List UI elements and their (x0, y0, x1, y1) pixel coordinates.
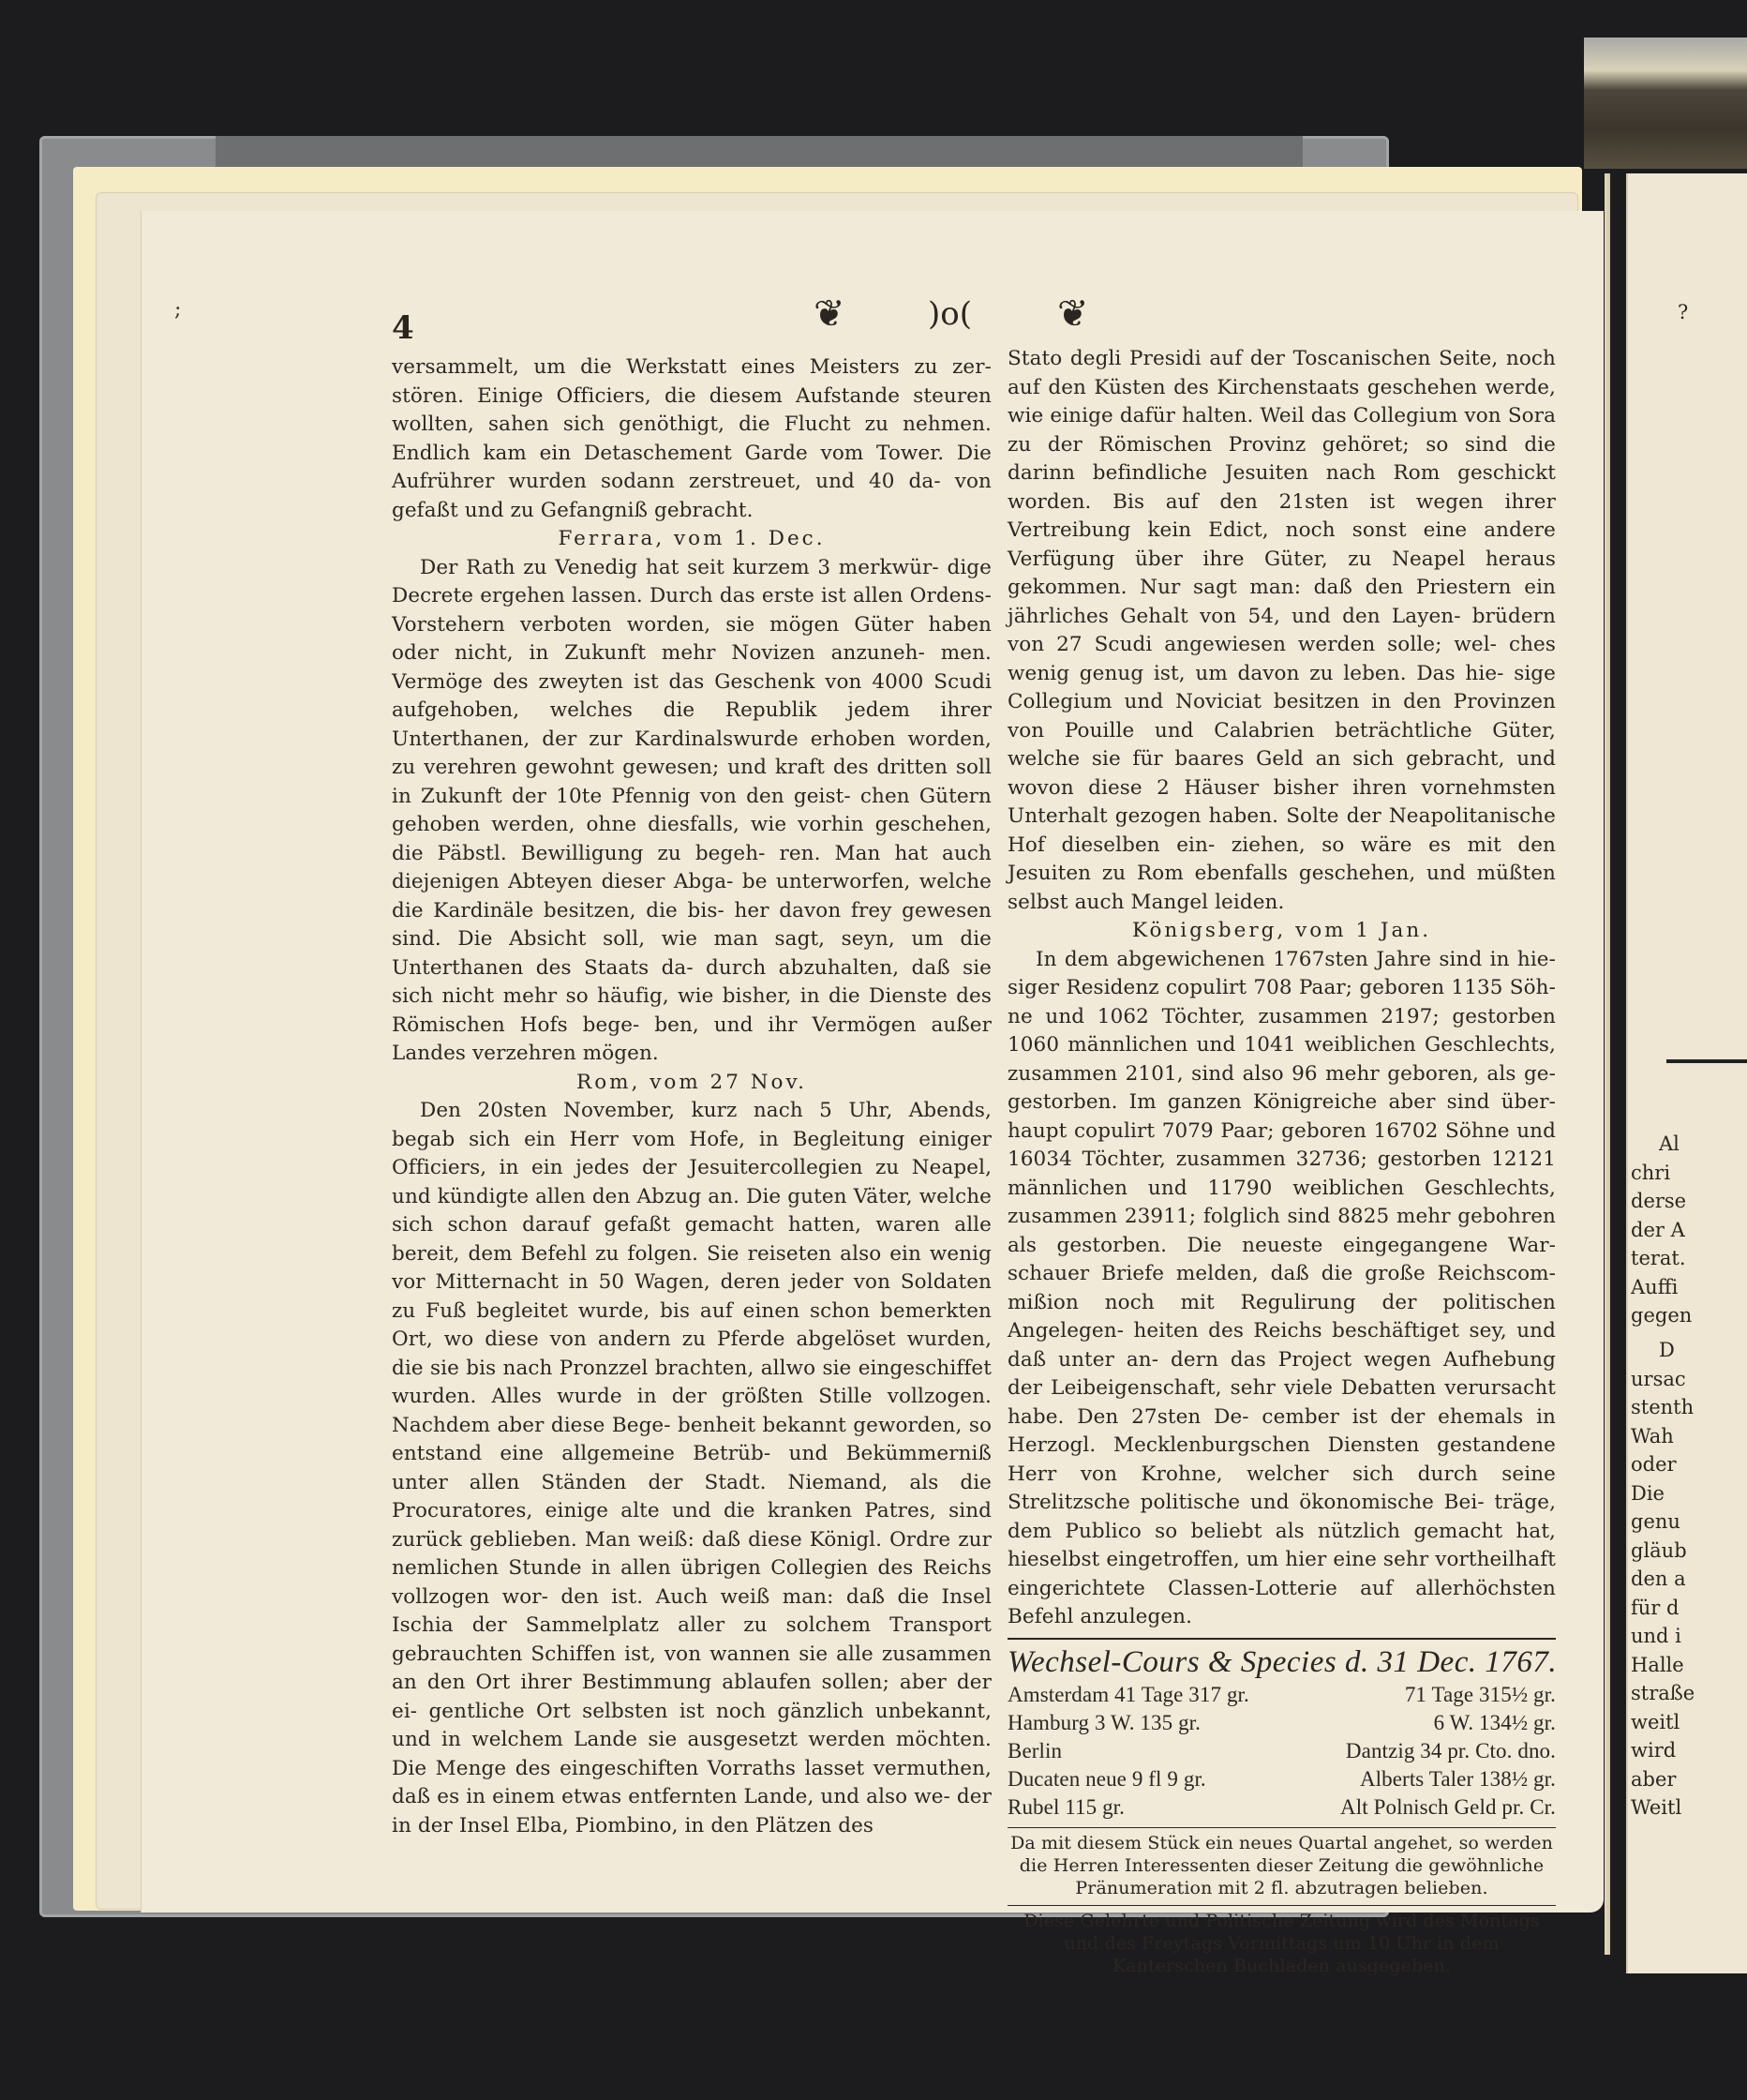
notice-publication: Diese Gelehrte und Politische Zeitung wi… (1008, 1910, 1556, 1977)
notice-subscription: Da mit diesem Stück ein neues Quartal an… (1008, 1832, 1556, 1899)
next-page-line: wird (1631, 1736, 1747, 1765)
exchange-row-right: 71 Tage 315½ gr. (1405, 1681, 1556, 1709)
exchange-row-left: Berlin (1008, 1737, 1062, 1765)
next-page-line: Auffi (1631, 1273, 1747, 1302)
next-page-mark: ? (1678, 298, 1747, 327)
left-column: versammelt, um die Werkstatt eines Meist… (392, 353, 992, 1840)
next-page-line: der A (1631, 1216, 1747, 1245)
article-rom-continued: Stato degli Presidi auf der Toscanischen… (1008, 345, 1556, 917)
next-page-line: genu (1631, 1507, 1747, 1537)
exchange-rates-title: Wechsel-Cours & Species d. 31 Dec. 1767. (1008, 1643, 1556, 1681)
next-page-line: oder (1631, 1450, 1747, 1479)
next-page-line: aber (1631, 1765, 1747, 1794)
next-page-line: Al (1631, 1130, 1747, 1159)
exchange-row: Rubel 115 gr. Alt Polnisch Geld pr. Cr. (1008, 1793, 1556, 1822)
next-page-line: derse (1631, 1187, 1747, 1216)
margin-mark-left: ; (174, 298, 181, 322)
next-page-text-a: Al chri derse der A terat. Auffi gegen (1631, 1130, 1747, 1330)
exchange-row-right: Alt Polnisch Geld pr. Cr. (1340, 1793, 1556, 1822)
notice-divider (1008, 1905, 1556, 1906)
next-page-line: Weitl (1631, 1793, 1747, 1822)
right-column: Stato degli Presidi auf der Toscanischen… (1008, 345, 1556, 1977)
shell-ornament-icon: ❦ (1057, 291, 1089, 337)
exchange-row-left: Hamburg 3 W. 135 gr. (1008, 1709, 1201, 1737)
next-page-line: gegen (1631, 1301, 1747, 1330)
next-page-line: D (1631, 1336, 1747, 1365)
gutter-fold (1605, 173, 1610, 1955)
dateline-ferrara: Ferrara, vom 1. Dec. (392, 525, 992, 554)
next-page-line: weitl (1631, 1708, 1747, 1737)
next-page-line: den a (1631, 1565, 1747, 1594)
next-page-line: Wah (1631, 1422, 1747, 1451)
shell-ornament-icon: ❦ (814, 291, 845, 337)
next-page-line: chri (1631, 1159, 1747, 1188)
exchange-row-right: Alberts Taler 138½ gr. (1360, 1765, 1556, 1793)
exchange-row-right: 6 W. 134½ gr. (1434, 1709, 1556, 1737)
next-page-line: straße (1631, 1679, 1747, 1708)
exchange-row-left: Amsterdam 41 Tage 317 gr. (1008, 1681, 1249, 1709)
article-london-end: versammelt, um die Werkstatt eines Meist… (392, 353, 992, 525)
next-page-line: und i (1631, 1622, 1747, 1651)
next-page-line: für d (1631, 1594, 1747, 1623)
next-page-line: stenth (1631, 1393, 1747, 1422)
next-page-rule (1666, 1059, 1747, 1063)
next-page-line: Die (1631, 1479, 1747, 1508)
next-page-text-b: D ursac stenth Wah oder Die genu gläub d… (1631, 1336, 1747, 1822)
exchange-row: Berlin Dantzig 34 pr. Cto. dno. (1008, 1737, 1556, 1765)
exchange-row-right: Dantzig 34 pr. Cto. dno. (1346, 1737, 1556, 1765)
exchange-row: Hamburg 3 W. 135 gr. 6 W. 134½ gr. (1008, 1709, 1556, 1737)
article-ferrara: Der Rath zu Venedig hat seit kurzem 3 me… (392, 554, 992, 1069)
dateline-koenigsberg: Königsberg, vom 1 Jan. (1008, 917, 1556, 946)
section-divider (1008, 1638, 1556, 1640)
notice-divider (1008, 1827, 1556, 1828)
next-page-line: ursac (1631, 1365, 1747, 1394)
article-rom: Den 20sten November, kurz nach 5 Uhr, Ab… (392, 1097, 992, 1840)
dateline-rom: Rom, vom 27 Nov. (392, 1069, 992, 1098)
next-page-line: terat. (1631, 1244, 1747, 1273)
article-koenigsberg: In dem abgewichenen 1767sten Jahre sind … (1008, 946, 1556, 1632)
book-page-edges (1584, 37, 1747, 169)
next-page-line: Halle (1631, 1651, 1747, 1680)
crescent-ornament-icon: )o( (928, 291, 972, 337)
exchange-row: Ducaten neue 9 fl 9 gr. Alberts Taler 13… (1008, 1765, 1556, 1793)
page-number: 4 (392, 309, 414, 347)
exchange-row: Amsterdam 41 Tage 317 gr. 71 Tage 315½ g… (1008, 1681, 1556, 1709)
exchange-row-left: Rubel 115 gr. (1008, 1793, 1125, 1822)
exchange-row-left: Ducaten neue 9 fl 9 gr. (1008, 1765, 1206, 1793)
next-page-line: gläub (1631, 1537, 1747, 1566)
